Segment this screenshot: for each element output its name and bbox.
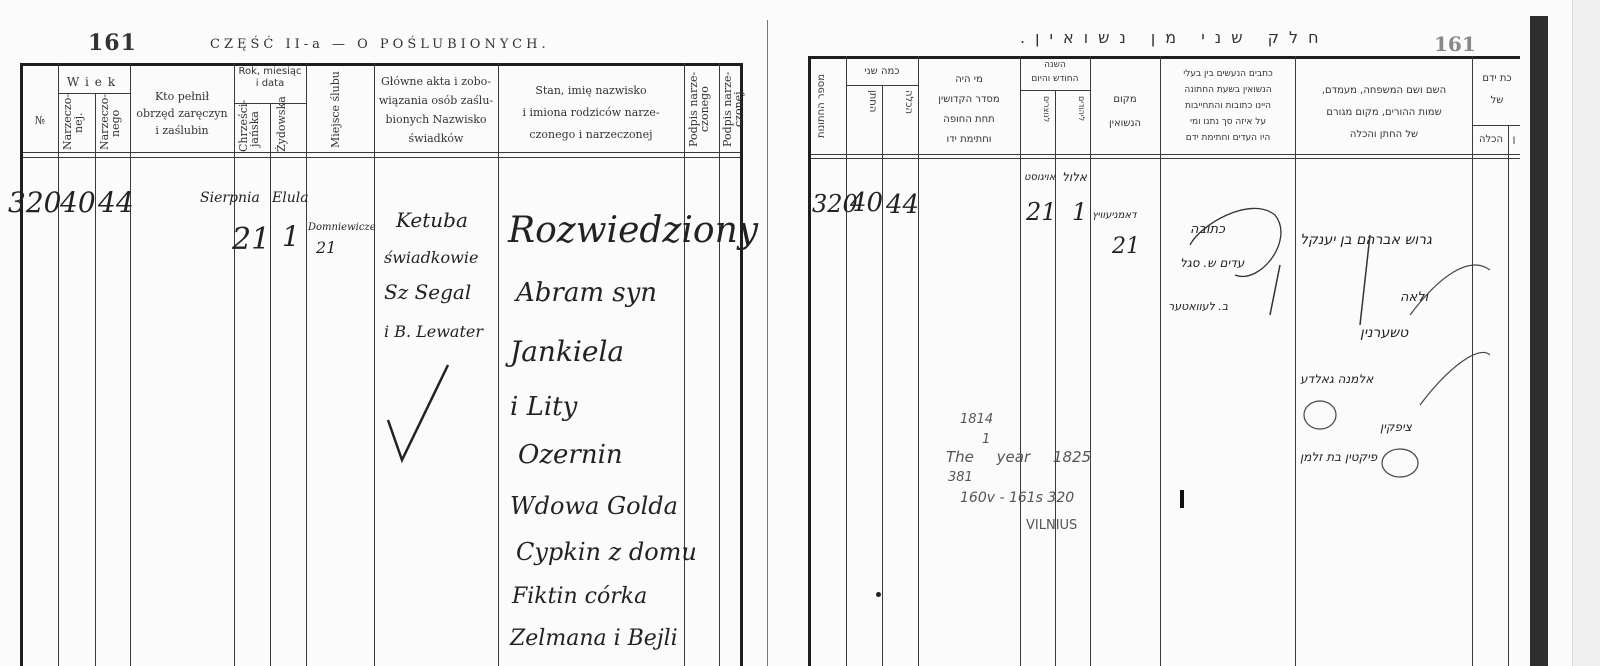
page-title-left: CZĘŚĆ II-a — O POŚLUBIONYCH. bbox=[210, 37, 550, 52]
header-age-bride: Narzeczo-nej. bbox=[62, 96, 90, 150]
entry-place-he: דאמניעוויץ bbox=[1092, 210, 1137, 221]
ink-dot bbox=[876, 592, 881, 597]
entry-age2-he: 44 bbox=[886, 190, 919, 220]
entry-age-bride: 40 bbox=[60, 186, 96, 219]
entry-jewish-day-he: 1 bbox=[1072, 198, 1087, 226]
page-number-right: 161 bbox=[1434, 32, 1476, 56]
header-no: № bbox=[22, 112, 58, 129]
entry-christian-month-he: אויגוסט bbox=[1024, 172, 1055, 183]
entry-christian-month: Sierpnia bbox=[200, 190, 260, 206]
entry-christian-day-he: 21 bbox=[1026, 198, 1057, 226]
header-signature-he: כת ידם של bbox=[1474, 68, 1520, 112]
header-age-group-he: כמה שני bbox=[846, 64, 918, 80]
entry-jewish-month: Elula bbox=[272, 190, 309, 206]
entry-place-day-he: 21 bbox=[1112, 234, 1140, 259]
entry-acts-3: Sz Segal bbox=[384, 280, 471, 304]
entry-place: Domniewicze bbox=[308, 222, 376, 233]
entry-acts-4: i B. Lewater bbox=[384, 322, 483, 341]
entry-acts-1: Ketuba bbox=[396, 208, 468, 232]
header-officiant-he: מי היה מסדר הקדושין תחת החופה וחתימת ידו bbox=[918, 70, 1020, 150]
ink-mark bbox=[1180, 490, 1184, 508]
entry-number: 320 bbox=[8, 186, 61, 219]
entry-place-day: 21 bbox=[316, 238, 336, 257]
header-place: Miejsce ślubu bbox=[330, 70, 350, 150]
header-date-group: Rok, miesiąc i data bbox=[234, 66, 306, 90]
entry-acts-2: świadkowie bbox=[384, 248, 478, 267]
header-status: Stan, imię nazwisko i imiona rodziców na… bbox=[498, 80, 684, 146]
header-date-col1-he: לנוצרים bbox=[1022, 96, 1054, 122]
entry-christian-day: 21 bbox=[232, 222, 270, 257]
page-number-left: 161 bbox=[88, 30, 137, 56]
header-documents-he: כתבים הנעשים בין בעלי הנשואין בשעת החתונ… bbox=[1162, 66, 1294, 146]
header-age-groom: Narzeczo-nego bbox=[99, 96, 127, 150]
header-record-no: מספר החתונות bbox=[816, 62, 840, 150]
header-sig-bride: Podpis narze-czonej bbox=[722, 68, 738, 150]
entry-age-groom: 44 bbox=[98, 186, 134, 219]
page-gutter bbox=[767, 20, 768, 666]
scan-border bbox=[1572, 0, 1600, 666]
flourish-mark bbox=[1180, 185, 1300, 325]
checkmark-icon bbox=[380, 360, 460, 470]
header-date-christian: Chrześci-jańska bbox=[238, 106, 266, 152]
header-date-col2-he: ליהודים bbox=[1057, 96, 1089, 121]
header-sig-groom-he: ן bbox=[1508, 132, 1520, 148]
header-sig-groom: Podpis narze-czonego bbox=[688, 68, 716, 150]
header-sig-bride-he: הכלה bbox=[1474, 132, 1508, 148]
header-date-group-he: השנה החודש והיום bbox=[1020, 58, 1090, 86]
signature-flourishes bbox=[1290, 195, 1490, 495]
header-date-jewish: Żydowska bbox=[276, 106, 300, 152]
entry-jewish-month-he: אלול bbox=[1062, 170, 1087, 184]
header-age-group: Wiek bbox=[58, 74, 130, 91]
header-age-groom-he: החתן bbox=[848, 90, 880, 112]
header-place-he: מקום הנשואין bbox=[1090, 88, 1160, 136]
entry-jewish-day: 1 bbox=[282, 220, 300, 253]
page-title-right: חלק שני מן נשואין. bbox=[1020, 28, 1329, 47]
header-names-he: השם ושם המשפחה, מעמדם, שמות ההורים, מקום… bbox=[1296, 80, 1472, 146]
header-acts: Główne akta i zobo- wiązania osób zaślu-… bbox=[374, 72, 498, 148]
header-age-bride-he: הכלה bbox=[884, 90, 916, 114]
header-officiant: Kto pełnił obrzęd zaręczyn i zaślubin bbox=[130, 88, 234, 139]
binding-edge bbox=[1530, 16, 1548, 666]
entry-age1-he: 40 bbox=[850, 188, 883, 218]
